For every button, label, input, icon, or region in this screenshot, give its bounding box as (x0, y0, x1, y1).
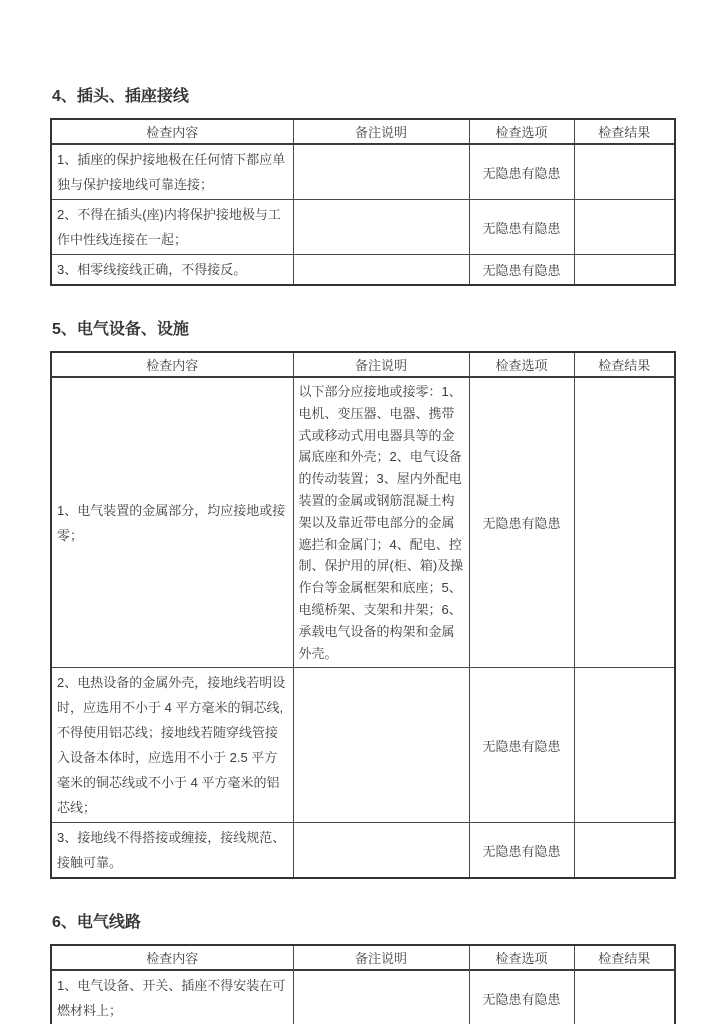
table-row: 3、相零线接线正确，不得接反。 无隐患有隐患 (51, 255, 675, 286)
inspection-content-cell: 1、插座的保护接地极在任何情下都应单独与保护接地线可靠连接； (51, 144, 293, 200)
table-row: 1、电气设备、开关、插座不得安装在可燃材料上； 无隐患有隐患 (51, 970, 675, 1024)
column-header-inspection-content: 检查内容 (51, 352, 293, 377)
column-header-result: 检查结果 (574, 352, 675, 377)
remark-cell (293, 823, 469, 879)
table-row: 1、插座的保护接地极在任何情下都应单独与保护接地线可靠连接； 无隐患有隐患 (51, 144, 675, 200)
result-cell (574, 144, 675, 200)
column-header-options: 检查选项 (469, 119, 574, 144)
inspection-content-cell: 2、电热设备的金属外壳，接地线若明设时，应选用不小于 4 平方毫米的铜芯线,不得… (51, 668, 293, 823)
column-header-options: 检查选项 (469, 352, 574, 377)
table-row: 2、电热设备的金属外壳，接地线若明设时，应选用不小于 4 平方毫米的铜芯线,不得… (51, 668, 675, 823)
section-plug-socket-wiring: 4、插头、插座接线 检查内容 备注说明 检查选项 检查结果 1、插座的保护接地极… (50, 87, 674, 286)
column-header-result: 检查结果 (574, 945, 675, 970)
section-title: 6、电气线路 (52, 913, 674, 933)
option-cell: 无隐患有隐患 (469, 377, 574, 668)
result-cell (574, 255, 675, 286)
section-title: 4、插头、插座接线 (52, 87, 674, 107)
table-header-row: 检查内容 备注说明 检查选项 检查结果 (51, 352, 675, 377)
result-cell (574, 200, 675, 255)
result-cell (574, 377, 675, 668)
column-header-remark: 备注说明 (293, 119, 469, 144)
table-header-row: 检查内容 备注说明 检查选项 检查结果 (51, 119, 675, 144)
column-header-result: 检查结果 (574, 119, 675, 144)
result-cell (574, 823, 675, 879)
result-cell (574, 970, 675, 1024)
result-cell (574, 668, 675, 823)
inspection-content-cell: 1、电气设备、开关、插座不得安装在可燃材料上； (51, 970, 293, 1024)
section-electrical-circuits: 6、电气线路 检查内容 备注说明 检查选项 检查结果 1、电气设备、开关、插座不… (50, 913, 674, 1024)
table-row: 3、接地线不得搭接或缠接，接线规范、接触可靠。 无隐患有隐患 (51, 823, 675, 879)
remark-cell (293, 144, 469, 200)
remark-cell (293, 255, 469, 286)
option-cell: 无隐患有隐患 (469, 200, 574, 255)
remark-cell (293, 200, 469, 255)
column-header-remark: 备注说明 (293, 945, 469, 970)
checklist-table-electrical-circuits: 检查内容 备注说明 检查选项 检查结果 1、电气设备、开关、插座不得安装在可燃材… (50, 944, 676, 1024)
table-row: 2、不得在插头(座)内将保护接地极与工作中性线连接在一起； 无隐患有隐患 (51, 200, 675, 255)
section-title: 5、电气设备、设施 (52, 320, 674, 340)
option-cell: 无隐患有隐患 (469, 255, 574, 286)
document-page: 4、插头、插座接线 检查内容 备注说明 检查选项 检查结果 1、插座的保护接地极… (0, 0, 724, 1024)
option-cell: 无隐患有隐患 (469, 823, 574, 879)
column-header-options: 检查选项 (469, 945, 574, 970)
checklist-table-electrical-equipment: 检查内容 备注说明 检查选项 检查结果 1、电气装置的金属部分，均应接地或接零；… (50, 351, 676, 879)
remark-cell (293, 668, 469, 823)
inspection-content-cell: 2、不得在插头(座)内将保护接地极与工作中性线连接在一起； (51, 200, 293, 255)
option-cell: 无隐患有隐患 (469, 144, 574, 200)
remark-cell: 以下部分应接地或接零：1、电机、变压器、电器、携带式或移动式用电器具等的金属底座… (293, 377, 469, 668)
inspection-content-cell: 3、相零线接线正确，不得接反。 (51, 255, 293, 286)
inspection-content-cell: 1、电气装置的金属部分，均应接地或接零； (51, 377, 293, 668)
section-electrical-equipment: 5、电气设备、设施 检查内容 备注说明 检查选项 检查结果 1、电气装置的金属部… (50, 320, 674, 879)
column-header-remark: 备注说明 (293, 352, 469, 377)
column-header-inspection-content: 检查内容 (51, 945, 293, 970)
option-cell: 无隐患有隐患 (469, 970, 574, 1024)
table-header-row: 检查内容 备注说明 检查选项 检查结果 (51, 945, 675, 970)
inspection-content-cell: 3、接地线不得搭接或缠接，接线规范、接触可靠。 (51, 823, 293, 879)
remark-cell (293, 970, 469, 1024)
option-cell: 无隐患有隐患 (469, 668, 574, 823)
table-row: 1、电气装置的金属部分，均应接地或接零； 以下部分应接地或接零：1、电机、变压器… (51, 377, 675, 668)
column-header-inspection-content: 检查内容 (51, 119, 293, 144)
checklist-table-plug-socket: 检查内容 备注说明 检查选项 检查结果 1、插座的保护接地极在任何情下都应单独与… (50, 118, 676, 286)
